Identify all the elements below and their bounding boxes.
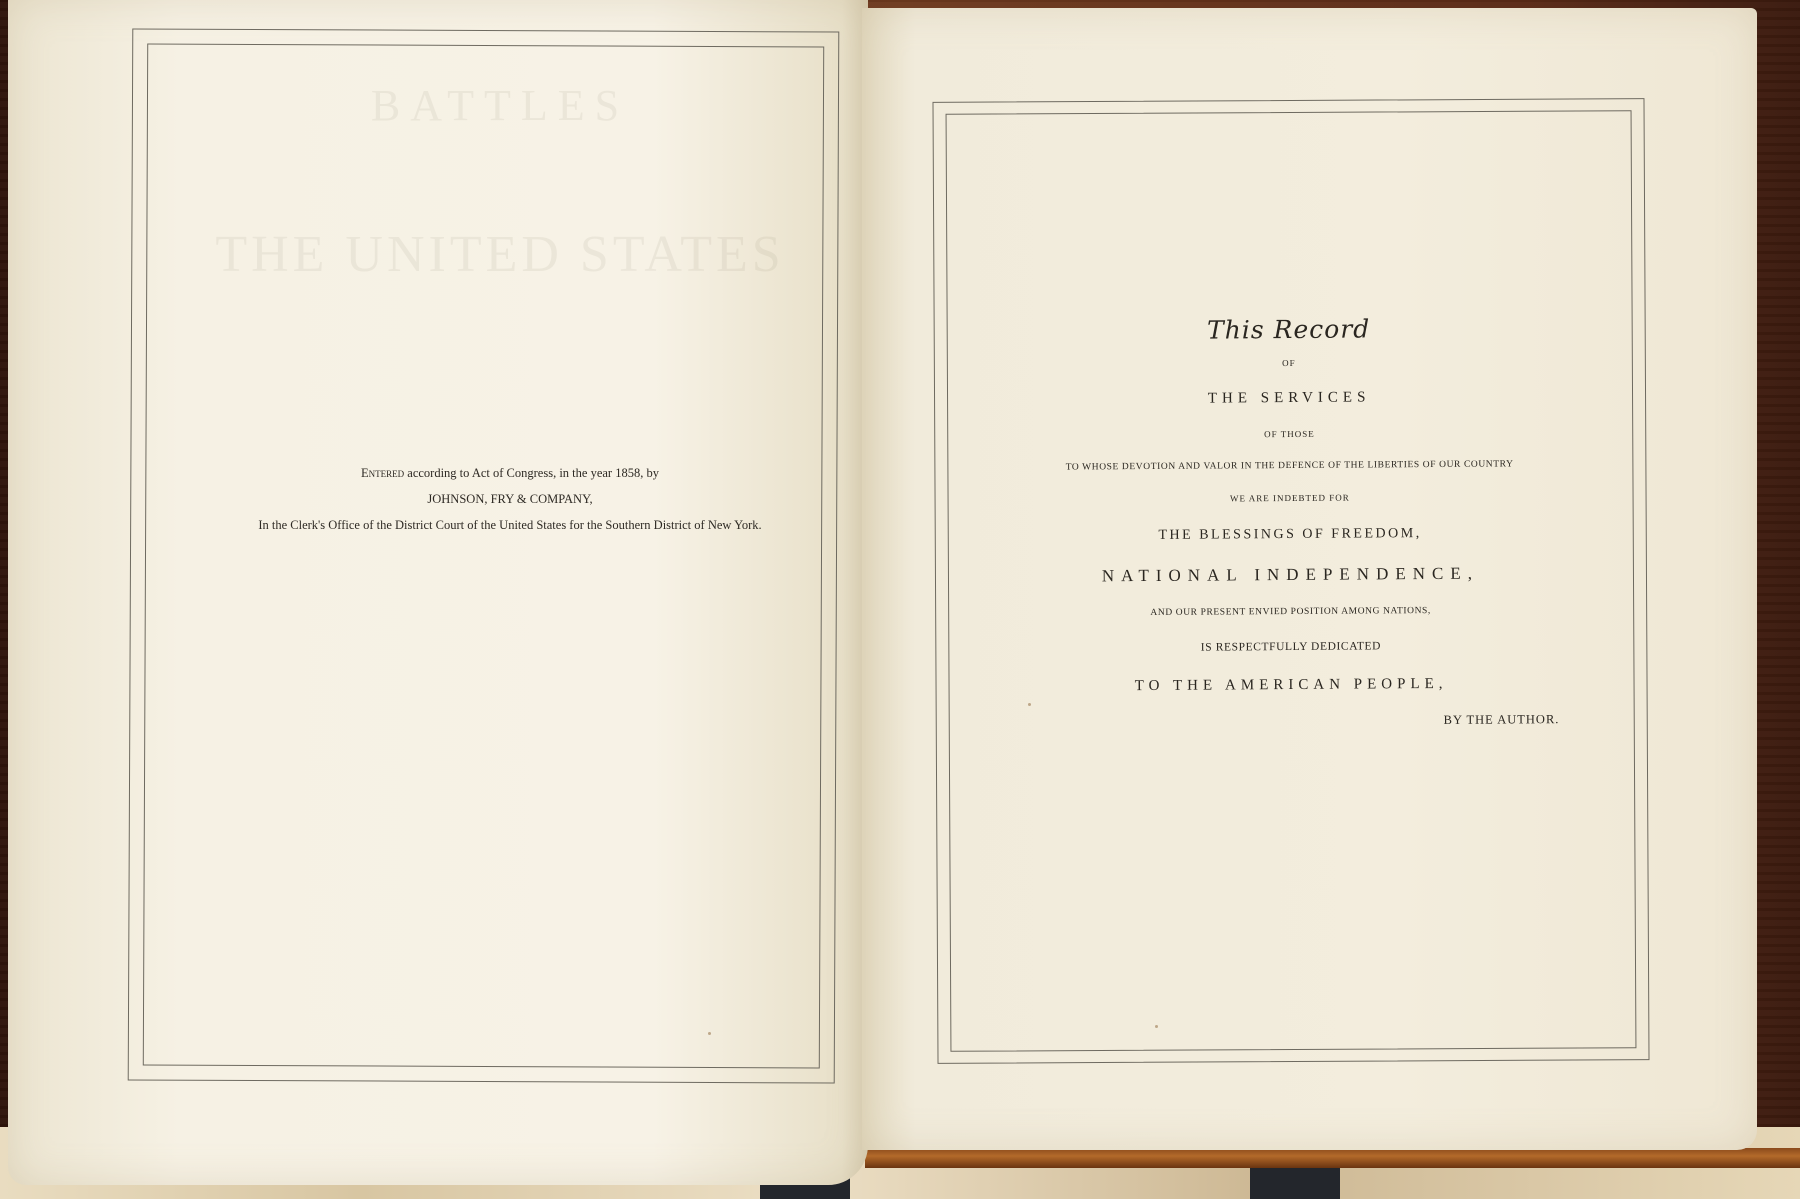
copyright-line-3: In the Clerk's Office of the District Co… xyxy=(200,512,820,538)
dedication-blessings: THE BLESSINGS OF FREEDOM, xyxy=(950,525,1630,546)
table-edge xyxy=(865,1148,1800,1168)
paper-speck xyxy=(708,1032,711,1035)
copyright-notice: Entered according to Act of Congress, in… xyxy=(200,460,820,538)
dedication-indebted: WE ARE INDEBTED FOR xyxy=(950,491,1630,506)
dedication-of-those: OF THOSE xyxy=(949,427,1629,442)
paper-speck xyxy=(1028,703,1031,706)
left-page-inner-rule xyxy=(143,44,824,1069)
dedication-position: AND OUR PRESENT ENVIED POSITION AMONG NA… xyxy=(951,605,1631,620)
dedication-independence: NATIONAL INDEPENDENCE, xyxy=(950,563,1630,588)
dedication-title: This Record xyxy=(949,313,1629,347)
publisher-name: JOHNSON, FRY & COMPANY, xyxy=(200,486,820,512)
bleed-through-subtitle: THE UNITED STATES xyxy=(140,225,860,284)
copyright-line-1: Entered according to Act of Congress, in… xyxy=(200,460,820,486)
paper-speck xyxy=(1155,1025,1158,1028)
dedication-dedicated: IS RESPECTFULLY DEDICATED xyxy=(951,639,1631,656)
dedication-of: OF xyxy=(949,356,1629,371)
dedication-services: THE SERVICES xyxy=(949,388,1629,410)
dedication-devotion: TO WHOSE DEVOTION AND VALOR IN THE DEFEN… xyxy=(950,459,1630,474)
dedication-block: This Record OF THE SERVICES OF THOSE TO … xyxy=(949,313,1632,732)
bleed-through-title: BATTLES xyxy=(140,80,860,131)
dedication-people: TO THE AMERICAN PEOPLE, xyxy=(951,675,1631,697)
entered-rest: according to Act of Congress, in the yea… xyxy=(407,466,659,480)
entered-word: Entered xyxy=(361,466,404,480)
